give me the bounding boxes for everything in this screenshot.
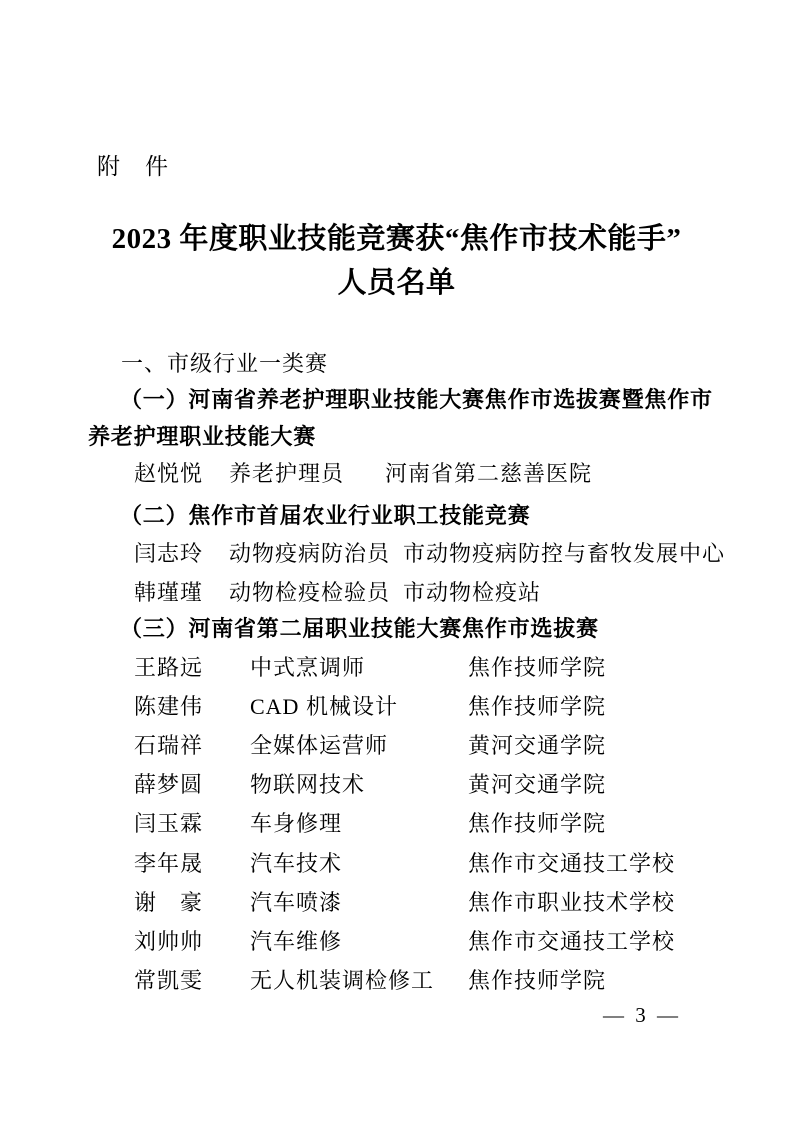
table-row: 常凯雯 无人机装调检修工 焦作技师学院 [0, 964, 793, 990]
person-name: 陈建伟 [134, 690, 203, 721]
table-row: 薛梦圆 物联网技术 黄河交通学院 [0, 768, 793, 794]
person-name: 石瑞祥 [134, 729, 203, 760]
occupation: 无人机装调检修工 [250, 964, 434, 995]
person-name: 谢 豪 [134, 886, 203, 917]
organization: 市动物检疫站 [403, 576, 541, 607]
document-page: 附 件 2023 年度职业技能竞赛获“焦作市技术能手” 人员名单 一、市级行业一… [0, 0, 793, 1122]
subsection-heading-2: （二）焦作市首届农业行业职工技能竞赛 [120, 499, 530, 530]
occupation: 汽车技术 [250, 847, 342, 878]
table-row: 陈建伟 CAD 机械设计 焦作技师学院 [0, 690, 793, 716]
table-row: 赵悦悦 养老护理员 河南省第二慈善医院 [0, 457, 793, 483]
organization: 市动物疫病防控与畜牧发展中心 [403, 537, 725, 568]
occupation: 物联网技术 [250, 768, 365, 799]
table-row: 李年晟 汽车技术 焦作市交通技工学校 [0, 847, 793, 873]
table-row: 石瑞祥 全媒体运营师 黄河交通学院 [0, 729, 793, 755]
person-name: 闫玉霖 [134, 807, 203, 838]
organization: 焦作技师学院 [468, 807, 606, 838]
document-title-line1: 2023 年度职业技能竞赛获“焦作市技术能手” [0, 217, 793, 261]
organization: 焦作市交通技工学校 [468, 925, 675, 956]
attachment-label: 附 件 [97, 148, 169, 181]
table-row: 谢 豪 汽车喷漆 焦作市职业技术学校 [0, 886, 793, 912]
subsection-heading-1-line2: 养老护理职业技能大赛 [88, 420, 316, 451]
occupation: 动物疫病防治员 [229, 537, 390, 568]
organization: 河南省第二慈善医院 [385, 457, 592, 488]
document-title: 2023 年度职业技能竞赛获“焦作市技术能手” 人员名单 [0, 217, 793, 305]
person-name: 刘帅帅 [134, 925, 203, 956]
occupation: 动物检疫检验员 [229, 576, 390, 607]
occupation: 中式烹调师 [250, 651, 365, 682]
organization: 焦作市交通技工学校 [468, 847, 675, 878]
person-name: 薛梦圆 [134, 768, 203, 799]
section-heading-1: 一、市级行业一类赛 [121, 347, 328, 378]
occupation: 车身修理 [250, 807, 342, 838]
person-name: 赵悦悦 [134, 457, 203, 488]
person-name: 王路远 [134, 651, 203, 682]
table-row: 闫玉霖 车身修理 焦作技师学院 [0, 807, 793, 833]
organization: 黄河交通学院 [468, 729, 606, 760]
organization: 焦作技师学院 [468, 964, 606, 995]
organization: 焦作市职业技术学校 [468, 886, 675, 917]
subsection-heading-3: （三）河南省第二届职业技能大赛焦作市选拔赛 [120, 612, 599, 643]
person-name: 常凯雯 [134, 964, 203, 995]
occupation: 汽车喷漆 [250, 886, 342, 917]
document-title-line2: 人员名单 [0, 261, 793, 305]
person-name: 李年晟 [134, 847, 203, 878]
occupation: 全媒体运营师 [250, 729, 388, 760]
organization: 焦作技师学院 [468, 690, 606, 721]
table-row: 闫志玲 动物疫病防治员 市动物疫病防控与畜牧发展中心 [0, 537, 793, 563]
person-name: 韩瑾瑾 [134, 576, 203, 607]
table-row: 韩瑾瑾 动物检疫检验员 市动物检疫站 [0, 576, 793, 602]
person-name: 闫志玲 [134, 537, 203, 568]
occupation: 养老护理员 [229, 457, 344, 488]
occupation: CAD 机械设计 [250, 690, 398, 721]
occupation: 汽车维修 [250, 925, 342, 956]
page-number: — 3 — [603, 1003, 681, 1028]
organization: 黄河交通学院 [468, 768, 606, 799]
table-row: 刘帅帅 汽车维修 焦作市交通技工学校 [0, 925, 793, 951]
organization: 焦作技师学院 [468, 651, 606, 682]
table-row: 王路远 中式烹调师 焦作技师学院 [0, 651, 793, 677]
subsection-heading-1-line1: （一）河南省养老护理职业技能大赛焦作市选拔赛暨焦作市 [120, 383, 713, 414]
